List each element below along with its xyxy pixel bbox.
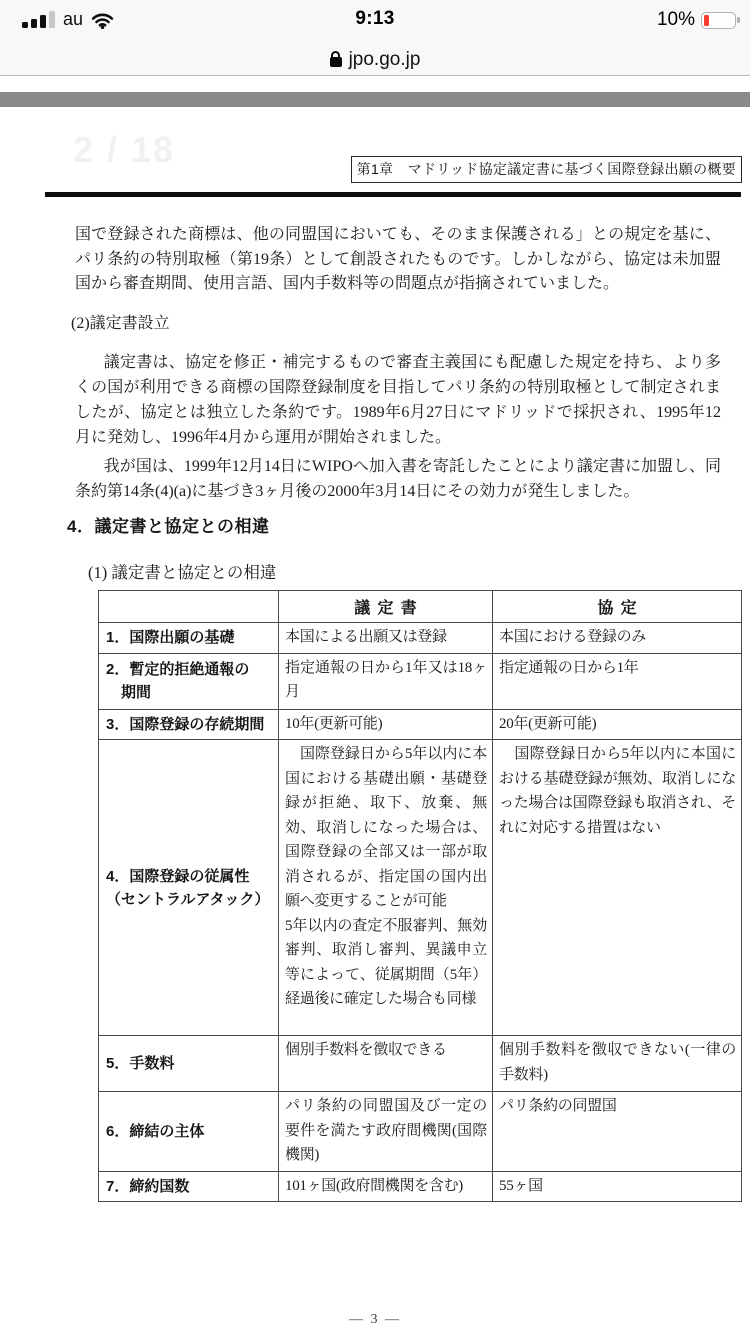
row-label: 3．国際登録の存続期間: [99, 709, 279, 740]
agreement-cell: 本国における登録のみ: [493, 623, 742, 654]
row-label: 7．締約国数: [99, 1171, 279, 1202]
protocol-cell: 指定通報の日から1年又は18ヶ月: [279, 653, 493, 709]
agreement-cell: 指定通報の日から1年: [493, 653, 742, 709]
protocol-cell: 本国による出願又は登録: [279, 623, 493, 654]
table-row: 4．国際登録の従属性 （セントラルアタック） 国際登録日から5年以内に本国におけ…: [99, 740, 742, 1036]
header-protocol: 議定書: [279, 591, 493, 623]
agreement-cell: 20年(更新可能): [493, 709, 742, 740]
row-label: 2．暫定的拒絶通報の 期間: [99, 653, 279, 709]
row-label: 4．国際登録の従属性 （セントラルアタック）: [99, 740, 279, 1036]
agreement-cell: 個別手数料を徴収できない(一律の手数料): [493, 1036, 742, 1092]
row-label: 5．手数料: [99, 1036, 279, 1092]
table-header-row: 議定書 協定: [99, 591, 742, 623]
protocol-cell: パリ条約の同盟国及び一定の要件を満たす政府間機関(国際機関): [279, 1092, 493, 1172]
page-indicator-watermark: 2 / 18: [73, 129, 175, 171]
page-footer-number: — 3 —: [0, 1312, 750, 1328]
chapter-header-box: 第1章 マドリッド協定議定書に基づく国際登録出願の概要: [351, 156, 742, 183]
header-empty-cell: [99, 591, 279, 623]
intro-paragraph: 国で登録された商標は、他の同盟国においても、そのまま保護される」との規定を基に、…: [75, 223, 721, 297]
url-domain: jpo.go.jp: [349, 49, 421, 71]
status-right-cluster: 10%: [657, 9, 736, 31]
protocol-cell: 10年(更新可能): [279, 709, 493, 740]
section-divider-rule: [45, 192, 741, 197]
clock-label: 9:13: [0, 8, 750, 30]
section4-heading: 4．議定書と協定との相違: [67, 512, 269, 537]
protocol-agreement-comparison-table: 議定書 協定 1．国際出願の基礎 本国による出願又は登録 本国における登録のみ …: [98, 590, 742, 1202]
section4-subheading: (1) 議定書と協定との相違: [88, 559, 276, 583]
pdf-document-page: 2 / 18 第1章 マドリッド協定議定書に基づく国際登録出願の概要 国で登録さ…: [0, 107, 750, 1334]
battery-percent-label: 10%: [657, 9, 695, 31]
safari-chrome: au 9:13 10% jpo.go.jp: [0, 0, 750, 76]
agreement-cell: 国際登録日から5年以内に本国における基礎登録が無効、取消しになった場合は国際登録…: [493, 740, 742, 1036]
table-row: 6．締結の主体 パリ条約の同盟国及び一定の要件を満たす政府間機関(国際機関) パ…: [99, 1092, 742, 1172]
table-row: 1．国際出願の基礎 本国による出願又は登録 本国における登録のみ: [99, 623, 742, 654]
battery-icon: [701, 12, 736, 29]
protocol-cell: 国際登録日から5年以内に本国における基礎出願・基礎登録が拒絶、取下、放棄、無効、…: [279, 740, 493, 1036]
table-row: 3．国際登録の存続期間 10年(更新可能) 20年(更新可能): [99, 709, 742, 740]
row-label: 1．国際出願の基礎: [99, 623, 279, 654]
agreement-cell: パリ条約の同盟国: [493, 1092, 742, 1172]
status-bar: au 9:13 10%: [0, 0, 750, 44]
protocol-cell: 101ヶ国(政府間機関を含む): [279, 1171, 493, 1202]
table-row: 5．手数料 個別手数料を徴収できる 個別手数料を徴収できない(一律の手数料): [99, 1036, 742, 1092]
lock-icon: [330, 57, 342, 67]
section2-paragraph-1: 議定書は、協定を修正・補完するもので審査主義国にも配慮した規定を持ち、より多くの…: [75, 350, 721, 450]
protocol-cell: 個別手数料を徴収できる: [279, 1036, 493, 1092]
url-bar[interactable]: jpo.go.jp: [0, 44, 750, 75]
row-label: 6．締結の主体: [99, 1092, 279, 1172]
section2-title: (2)議定書設立: [71, 310, 170, 333]
header-agreement: 協定: [493, 591, 742, 623]
iphone-screen: au 9:13 10% jpo.go.jp 2 / 18 第1章 マドリッド協: [0, 0, 750, 1334]
agreement-cell: 55ヶ国: [493, 1171, 742, 1202]
section2-paragraph-2: 我が国は、1999年12月14日にWIPOへ加入書を寄託したことにより議定書に加…: [75, 454, 721, 504]
table-row: 2．暫定的拒絶通報の 期間 指定通報の日から1年又は18ヶ月 指定通報の日から1…: [99, 653, 742, 709]
table-row: 7．締約国数 101ヶ国(政府間機関を含む) 55ヶ国: [99, 1171, 742, 1202]
pdf-page-top-edge: [0, 92, 750, 107]
